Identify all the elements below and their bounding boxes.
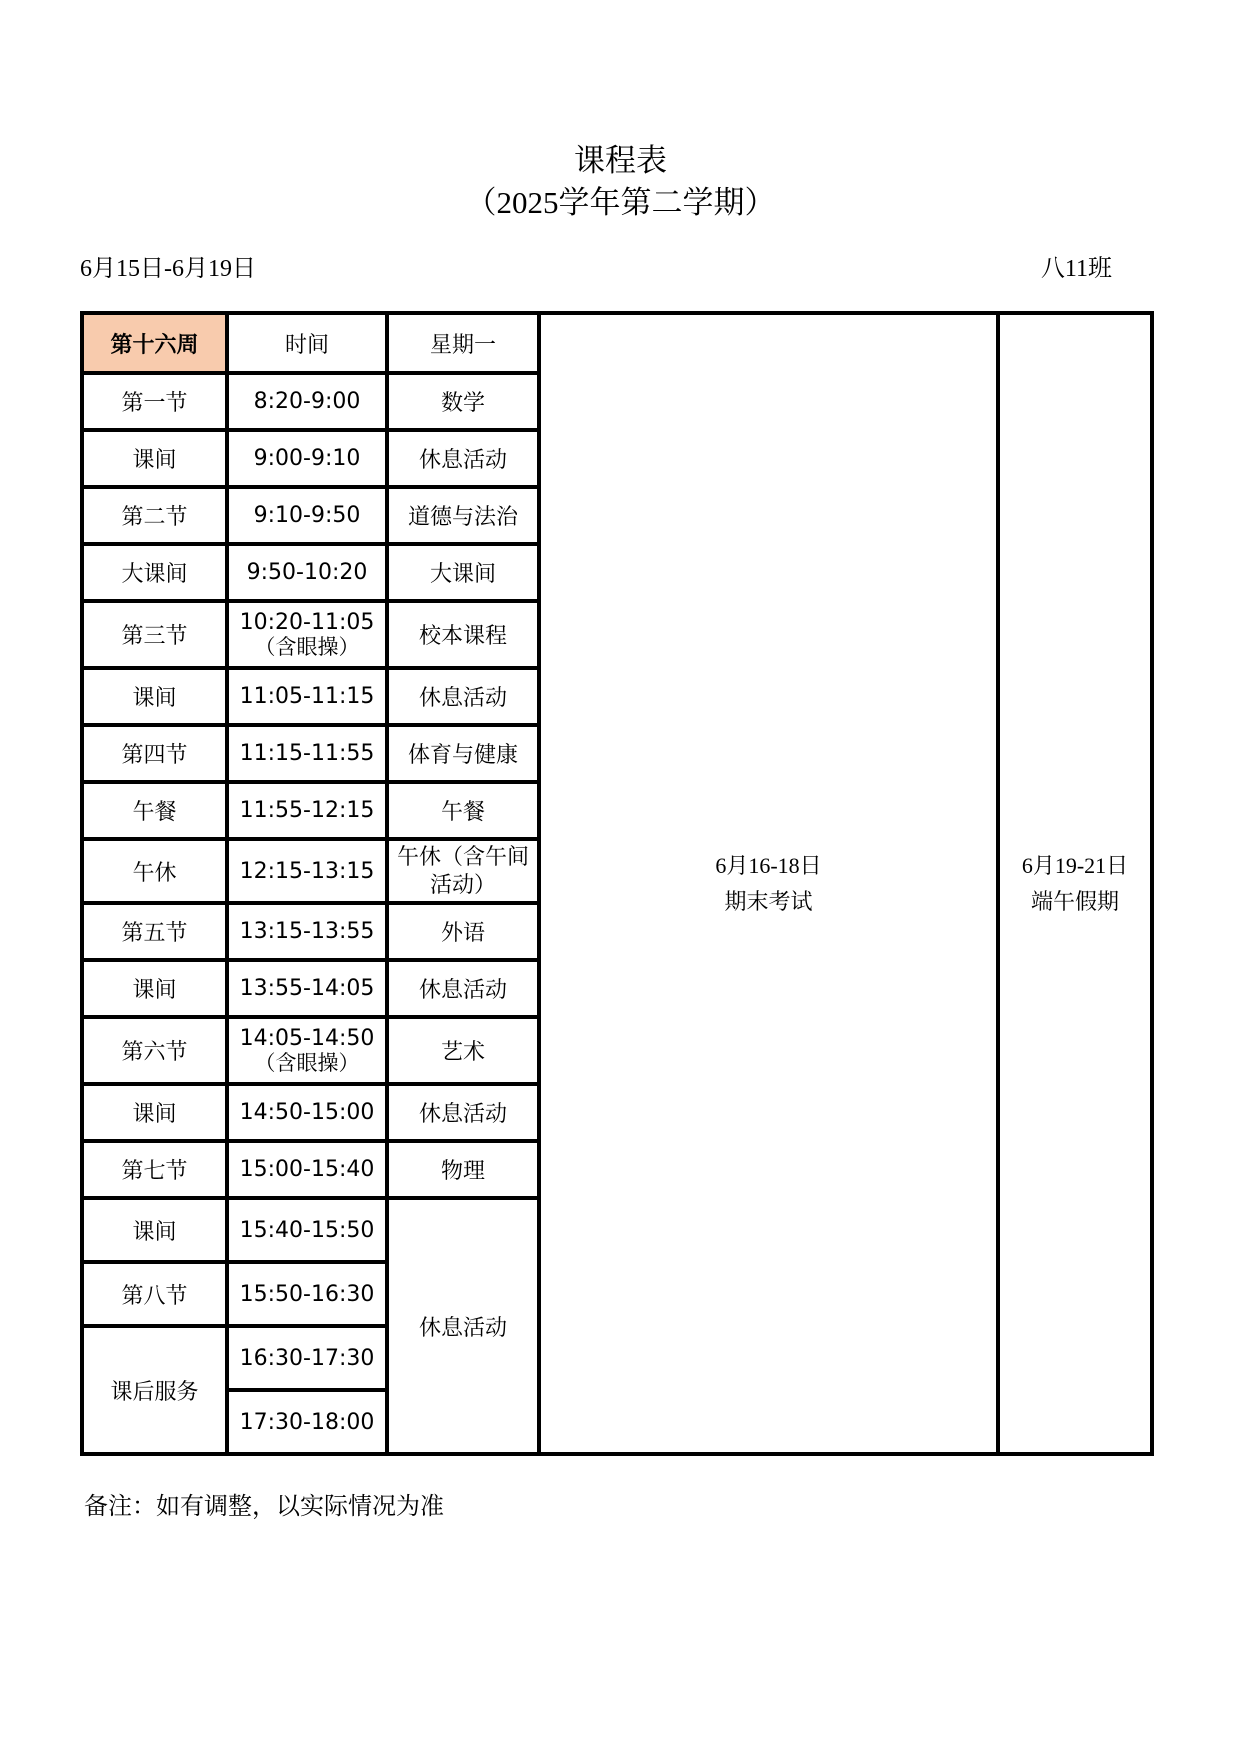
period-cell: 第四节 (82, 725, 227, 782)
time-cell: 11:55-12:15 (227, 782, 387, 839)
period-cell: 课间 (82, 668, 227, 725)
time-cell: 15:00-15:40 (227, 1141, 387, 1198)
subject-cell: 休息活动 (387, 960, 539, 1017)
subject-cell: 道德与法治 (387, 487, 539, 544)
time-header-cell: 时间 (227, 313, 387, 373)
subject-cell: 大课间 (387, 544, 539, 601)
holiday-merged-cell: 6月19-21日 端午假期 (998, 313, 1152, 1454)
title-block: 课程表 （2025学年第二学期） (0, 0, 1241, 224)
exam-dates: 6月16-18日 (543, 848, 994, 884)
time-text: 10:20-11:05 (231, 610, 383, 635)
period-cell: 第五节 (82, 903, 227, 960)
time-text: 14:05-14:50 (231, 1026, 383, 1051)
period-cell: 课间 (82, 1084, 227, 1141)
time-cell: 14:50-15:00 (227, 1084, 387, 1141)
subject-cell: 休息活动 (387, 1084, 539, 1141)
time-cell: 17:30-18:00 (227, 1390, 387, 1454)
time-cell: 12:15-13:15 (227, 839, 387, 903)
time-cell: 14:05-14:50 （含眼操） (227, 1017, 387, 1084)
time-cell: 15:50-16:30 (227, 1262, 387, 1326)
time-cell: 13:15-13:55 (227, 903, 387, 960)
period-cell: 第二节 (82, 487, 227, 544)
time-note: （含眼操） (231, 635, 383, 659)
date-range: 6月15日-6月19日 (80, 248, 256, 283)
period-cell: 第八节 (82, 1262, 227, 1326)
period-cell: 午休 (82, 839, 227, 903)
time-cell: 13:55-14:05 (227, 960, 387, 1017)
period-cell: 第三节 (82, 601, 227, 668)
period-cell: 午餐 (82, 782, 227, 839)
exam-label: 期末考试 (543, 884, 994, 920)
period-cell: 第七节 (82, 1141, 227, 1198)
period-cell: 课间 (82, 430, 227, 487)
page-subtitle: （2025学年第二学期） (0, 182, 1241, 224)
day-header-cell: 星期一 (387, 313, 539, 373)
subject-cell: 外语 (387, 903, 539, 960)
footer-note: 备注：如有调整，以实际情况为准 (84, 1486, 1241, 1521)
exam-merged-cell: 6月16-18日 期末考试 (539, 313, 998, 1454)
time-cell: 11:05-11:15 (227, 668, 387, 725)
meta-row: 6月15日-6月19日 八11班 (80, 248, 1150, 283)
time-note: （含眼操） (231, 1051, 383, 1075)
subject-cell: 数学 (387, 373, 539, 430)
period-cell: 第一节 (82, 373, 227, 430)
period-cell: 课后服务 (82, 1326, 227, 1454)
class-name: 八11班 (1041, 248, 1150, 283)
subject-cell: 校本课程 (387, 601, 539, 668)
time-cell: 10:20-11:05 （含眼操） (227, 601, 387, 668)
time-cell: 16:30-17:30 (227, 1326, 387, 1390)
period-cell: 课间 (82, 1198, 227, 1262)
week-header-cell: 第十六周 (82, 313, 227, 373)
period-cell: 大课间 (82, 544, 227, 601)
subject-cell: 午休（含午间活动） (387, 839, 539, 903)
time-cell: 9:10-9:50 (227, 487, 387, 544)
time-cell: 15:40-15:50 (227, 1198, 387, 1262)
time-cell: 11:15-11:55 (227, 725, 387, 782)
schedule-table: 第十六周 时间 星期一 6月16-18日 期末考试 6月19-21日 端午假期 … (80, 311, 1154, 1456)
time-cell: 9:50-10:20 (227, 544, 387, 601)
time-cell: 9:00-9:10 (227, 430, 387, 487)
subject-cell: 休息活动 (387, 668, 539, 725)
rest-activity-merged-cell: 休息活动 (387, 1198, 539, 1454)
holiday-dates: 6月19-21日 (1002, 848, 1148, 884)
subject-cell: 体育与健康 (387, 725, 539, 782)
period-cell: 课间 (82, 960, 227, 1017)
subject-cell: 艺术 (387, 1017, 539, 1084)
subject-cell: 物理 (387, 1141, 539, 1198)
holiday-label: 端午假期 (1002, 884, 1148, 920)
time-cell: 8:20-9:00 (227, 373, 387, 430)
subject-cell: 休息活动 (387, 430, 539, 487)
period-cell: 第六节 (82, 1017, 227, 1084)
page-title: 课程表 (0, 140, 1241, 182)
subject-cell: 午餐 (387, 782, 539, 839)
